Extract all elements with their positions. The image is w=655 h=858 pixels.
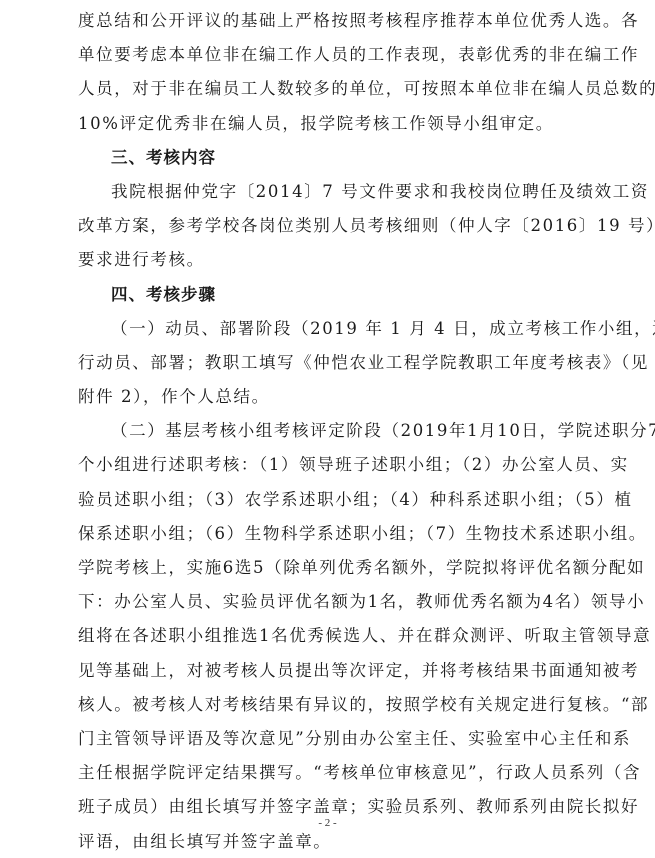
body-line: 验员述职小组；（3）农学系述职小组；（4）种科系述职小组；（5）植	[78, 483, 598, 517]
body-line: 保系述职小组；（6）生物科学系述职小组；（7）生物技术系述职小组。	[78, 517, 598, 551]
section-heading-content: 三、考核内容	[78, 141, 598, 175]
body-line: 个小组进行述职考核：（1）领导班子述职小组；（2）办公室人员、实	[78, 448, 598, 482]
paragraph-start-line: 我院根据仲党字〔2014〕7 号文件要求和我校岗位聘任及绩效工资	[78, 175, 598, 209]
body-line: 附件 2），作个人总结。	[78, 380, 598, 414]
paragraph-start-line: （二）基层考核小组考核评定阶段（2019年1月10日，学院述职分7	[78, 414, 598, 448]
body-line: 学院考核上，实施6选5（除单列优秀名额外，学院拟将评优名额分配如	[78, 551, 598, 585]
body-line: 人员，对于非在编员工人数较多的单位，可按照本单位非在编人员总数的	[78, 72, 598, 106]
body-line: 核人。被考核人对考核结果有异议的，按照学校有关规定进行复核。“部	[78, 688, 598, 722]
body-line: 行动员、部署；教职工填写《仲恺农业工程学院教职工年度考核表》（见	[78, 346, 598, 380]
body-line: 改革方案，参考学校各岗位类别人员考核细则（仲人字〔2016〕19 号）	[78, 209, 598, 243]
document-page: 度总结和公开评议的基础上严格按照考核程序推荐本单位优秀人选。各 单位要考虑本单位…	[78, 4, 598, 858]
section-heading-steps: 四、考核步骤	[78, 278, 598, 312]
page-number: - 2 -	[0, 817, 655, 829]
body-line: 主任根据学院评定结果撰写。“考核单位审核意见”，行政人员系列（含	[78, 756, 598, 790]
body-line: 度总结和公开评议的基础上严格按照考核程序推荐本单位优秀人选。各	[78, 4, 598, 38]
body-line: 要求进行考核。	[78, 243, 598, 277]
body-line: 单位要考虑本单位非在编工作人员的工作表现，表彰优秀的非在编工作	[78, 38, 598, 72]
paragraph-start-line: （一）动员、部署阶段（2019 年 1 月 4 日，成立考核工作小组，进	[78, 312, 598, 346]
body-line: 门主管领导评语及等次意见”分别由办公室主任、实验室中心主任和系	[78, 722, 598, 756]
body-line: 组将在各述职小组推选1名优秀候选人、并在群众测评、听取主管领导意	[78, 619, 598, 653]
body-line: 评语，由组长填写并签字盖章。	[78, 825, 598, 858]
body-line: 10%评定优秀非在编人员，报学院考核工作领导小组审定。	[78, 107, 598, 141]
body-line: 见等基础上，对被考核人员提出等次评定，并将考核结果书面通知被考	[78, 654, 598, 688]
body-line: 下：办公室人员、实验员评优名额为1名，教师优秀名额为4名）领导小	[78, 585, 598, 619]
